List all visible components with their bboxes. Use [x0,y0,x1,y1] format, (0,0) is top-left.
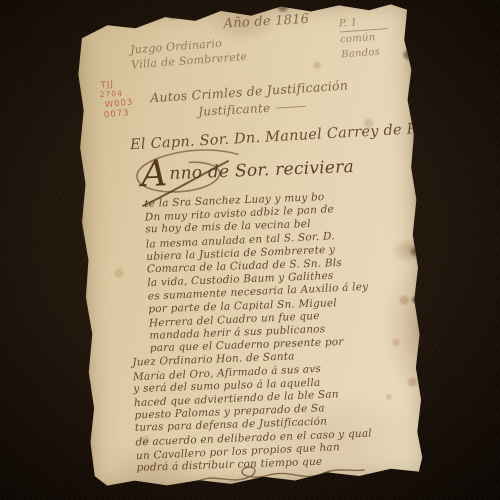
addressee-line: El Capn. Sor. Dn. Manuel Carrey de Roza [130,120,444,154]
folio-marks: P. 1 común Bandos [339,12,408,63]
photo-background: Año de 1816 P. 1 común Bandos Juzgo Ordi… [0,0,500,500]
opening-line: Anno de Sor. reciviera [141,157,354,185]
stamp-line: 0073 [103,107,135,120]
opening-text: nno de Sor. reciviera [169,157,354,184]
archive-stamp: TJJ 2704 W003 0073 [100,77,135,120]
date-line: Año de 1816 [191,10,342,33]
body-paragraph: te la Sra Sanchez Luay y muy bo Dn muy r… [126,190,372,476]
stamp-line: 2704 [100,88,133,100]
initial-capital: A [140,153,168,195]
court-header: Juzgo Ordinario Villa de Sombrerete [130,34,248,72]
manuscript-paper: Año de 1816 P. 1 común Bandos Juzgo Ordi… [73,0,427,490]
